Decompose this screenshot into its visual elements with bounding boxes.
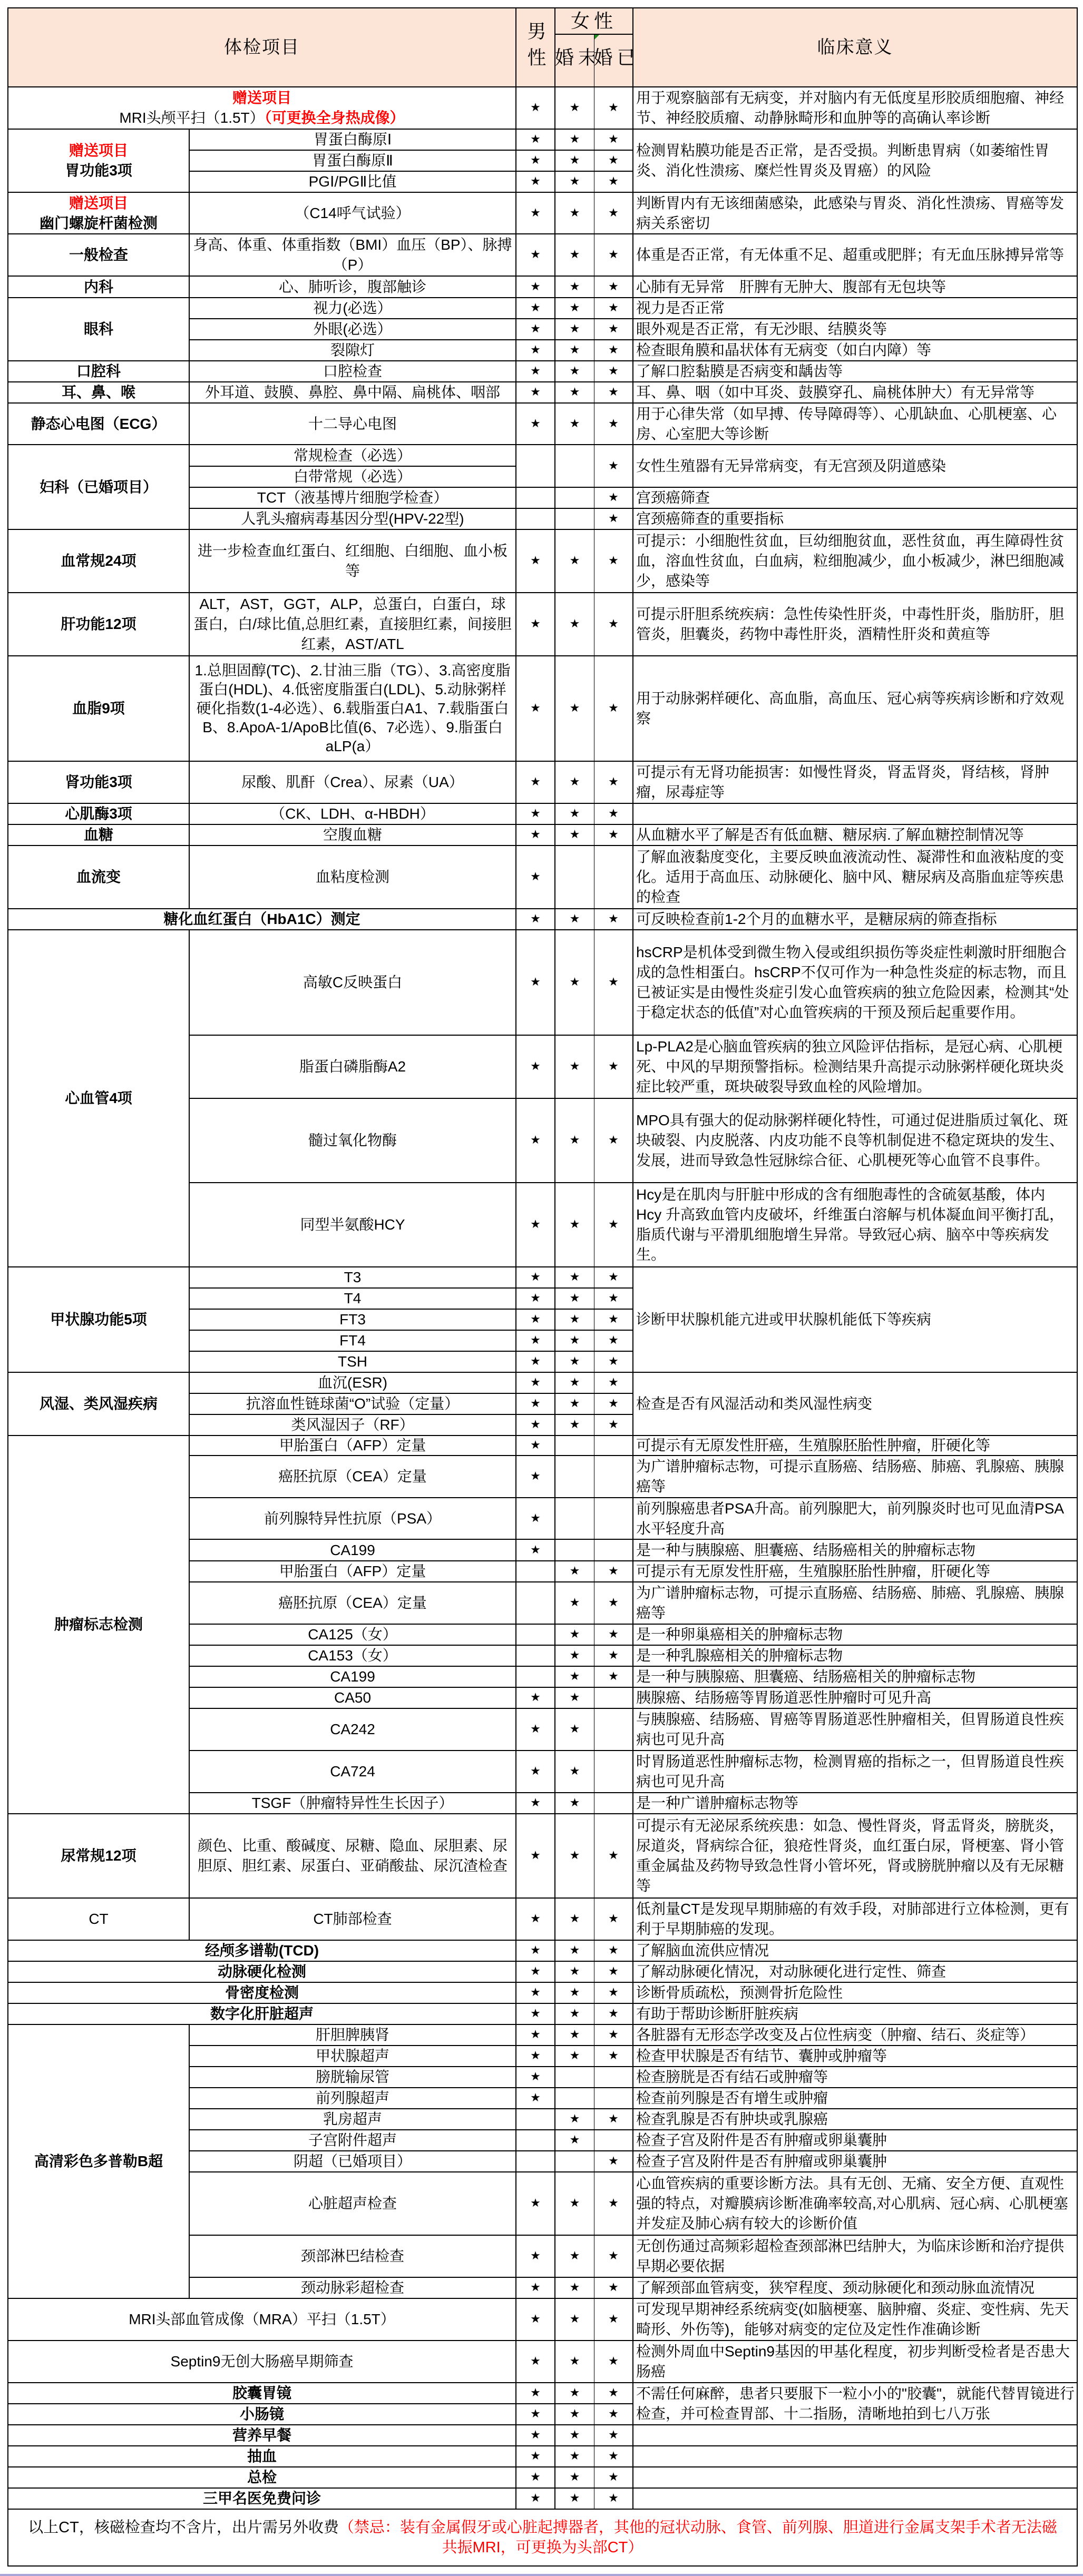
star-unmarried: ★ <box>555 2446 594 2467</box>
star-male: ★ <box>516 1289 555 1310</box>
header-unmarried: 末婚 <box>555 35 594 87</box>
star-male: ★ <box>516 404 555 445</box>
star-unmarried: ★ <box>555 151 594 172</box>
star-unmarried: ★ <box>555 1267 594 1289</box>
category-cell: 心肌酶3项 <box>8 804 190 825</box>
star-male: ★ <box>516 846 555 909</box>
star-unmarried: ★ <box>555 2046 594 2067</box>
star-unmarried: ★ <box>555 1352 594 1373</box>
star-male: ★ <box>516 1394 555 1415</box>
star-male <box>516 1582 555 1625</box>
item-cell: 前列腺特异性抗原（PSA） <box>190 1498 516 1540</box>
item-cell: Septin9无创大肠癌早期筛查 <box>8 2341 516 2383</box>
star-unmarried <box>555 2088 594 2109</box>
item-cell: 前列腺超声 <box>190 2088 516 2109</box>
star-married: ★ <box>594 1561 633 1582</box>
item-cell: 经颅多谱勒(TCD) <box>8 1941 516 1962</box>
item-cell: 类风湿因子（RF） <box>190 1415 516 1436</box>
meaning-cell: 与胰腺癌、结肠癌、胃癌等胃肠道恶性肿瘤相关，但胃肠道良性疾病也可见升高 <box>633 1709 1078 1751</box>
meaning-cell: MPO具有强大的促动脉粥样硬化特性，可通过促进脂质过氧化、斑块破裂、内皮脱落、内… <box>633 1099 1078 1183</box>
star-unmarried <box>555 846 594 909</box>
category-cell: 甲状腺功能5项 <box>8 1267 190 1373</box>
star-male: ★ <box>516 1183 555 1267</box>
category-cell: 血糖 <box>8 825 190 846</box>
category-cell: 肝功能12项 <box>8 593 190 656</box>
meaning-cell: 眼外观是否正常，有无沙眼、结膜炎等 <box>633 319 1078 340</box>
item-cell: MRI头部血管成像（MRA）平扫（1.5T） <box>8 2299 516 2341</box>
star-married: ★ <box>594 1099 633 1183</box>
star-unmarried <box>555 1498 594 1540</box>
star-male: ★ <box>516 1899 555 1941</box>
star-unmarried: ★ <box>555 2236 594 2278</box>
star-married <box>594 1751 633 1793</box>
category-cell: 肿瘤标志检测 <box>8 1436 190 1814</box>
star-unmarried: ★ <box>555 1373 594 1394</box>
item-line: MRI头颅平扫（1.5T）（可更换全身热成像） <box>12 108 512 128</box>
star-married: ★ <box>594 530 633 593</box>
category-cell: 内科 <box>8 277 190 298</box>
footer-line: 以上CT，核磁检查均不含片，出片需另外收费（禁忌：装有金属假牙或心脏起搏器者，其… <box>23 2518 1062 2558</box>
category-cell: 口腔科 <box>8 361 190 382</box>
star-unmarried: ★ <box>555 1983 594 2004</box>
star-unmarried: ★ <box>555 404 594 445</box>
item-cell: 常规检查（必选） <box>190 445 516 467</box>
star-male: ★ <box>516 1036 555 1099</box>
star-unmarried: ★ <box>555 1183 594 1267</box>
star-married <box>594 2088 633 2109</box>
category-label: 幽门螺旋杆菌检测 <box>12 213 186 233</box>
item-cell: 空腹血糖 <box>190 825 516 846</box>
item-cell: CA125（女） <box>190 1625 516 1646</box>
category-cell: 赠送项目胃功能3项 <box>8 130 190 193</box>
star-male: ★ <box>516 2383 555 2404</box>
star-married <box>594 1456 633 1498</box>
star-unmarried <box>555 1456 594 1498</box>
star-married: ★ <box>594 1941 633 1962</box>
star-married: ★ <box>594 2299 633 2341</box>
star-unmarried <box>555 2067 594 2088</box>
star-unmarried <box>555 445 594 488</box>
item-cell: 小肠镜 <box>8 2404 516 2425</box>
item-cell: 阴超（已婚项目） <box>190 2151 516 2172</box>
star-married: ★ <box>594 298 633 319</box>
category-cell: 风湿、类风湿疾病 <box>8 1373 190 1436</box>
star-male <box>516 488 555 509</box>
star-unmarried: ★ <box>555 2130 594 2151</box>
star-unmarried: ★ <box>555 87 594 130</box>
star-male: ★ <box>516 1983 555 2004</box>
star-male: ★ <box>516 656 555 762</box>
star-married: ★ <box>594 151 633 172</box>
star-married: ★ <box>594 2341 633 2383</box>
star-male: ★ <box>516 2446 555 2467</box>
category-cell: 高清彩色多普勒B超 <box>8 2025 190 2299</box>
star-married: ★ <box>594 1814 633 1899</box>
star-married: ★ <box>594 804 633 825</box>
header-married-label: 已婚 <box>594 35 633 86</box>
item-cell: 尿酸、肌酐（Crea）、尿素（UA） <box>190 762 516 804</box>
star-male: ★ <box>516 298 555 319</box>
meaning-cell <box>633 2489 1078 2510</box>
category-cell: 尿常规12项 <box>8 1814 190 1899</box>
item-cell: FT4 <box>190 1331 516 1352</box>
star-unmarried: ★ <box>555 1709 594 1751</box>
item-cell: 心脏超声检查 <box>190 2172 516 2236</box>
item-cell: PGⅠ/PGⅡ比值 <box>190 172 516 193</box>
meaning-cell: 有助于帮助诊断肝脏疾病 <box>633 2004 1078 2025</box>
star-male: ★ <box>516 1373 555 1394</box>
item-cell: 胃蛋白酶原Ⅰ <box>190 130 516 151</box>
meaning-cell: 无创伤通过高频彩超检查颈部淋巴结肿大，为临床诊断和治疗提供早期必要依据 <box>633 2236 1078 2278</box>
comment-indicator-icon <box>594 35 599 40</box>
meaning-cell: 为广谱肿瘤标志物，可提示直肠癌、结肠癌、肺癌、乳腺癌、胰腺癌等 <box>633 1582 1078 1625</box>
star-male: ★ <box>516 361 555 382</box>
star-male: ★ <box>516 1436 555 1456</box>
star-married: ★ <box>594 1415 633 1436</box>
star-married: ★ <box>594 1962 633 1983</box>
meaning-cell: 不需任何麻醉，患者只要服下一粒小小的"胶囊"，就能代替胃镜进行检查，并可检查胃部… <box>633 2383 1078 2425</box>
star-male: ★ <box>516 2088 555 2109</box>
item-cell: CA199 <box>190 1667 516 1688</box>
meaning-cell: 检查前列腺是否有增生或肿瘤 <box>633 2088 1078 2109</box>
meaning-cell: 检测胃粘膜功能是否正常，是否受损。判断患胃病（如萎缩性胃炎、消化性溃疡、糜烂性胃… <box>633 130 1078 193</box>
star-married: ★ <box>594 2236 633 2278</box>
star-male <box>516 1667 555 1688</box>
category-cell: 肾功能3项 <box>8 762 190 804</box>
header-male: 男性 <box>516 8 555 87</box>
meaning-cell: 用于观察脑部有无病变，并对脑内有无低度星形胶质细胞瘤、神经节、神经胶质瘤、动静脉… <box>633 87 1078 130</box>
star-unmarried: ★ <box>555 2383 594 2404</box>
item-cell: 1.总胆固醇(TC)、2.甘油三脂（TG）、3.高密度脂蛋白(HDL)、4.低密… <box>190 656 516 762</box>
meaning-cell: 可提示有无泌尿系统疾患：如急、慢性肾炎，肾盂肾炎，膀胱炎，尿道炎，肾病综合征，狼… <box>633 1814 1078 1899</box>
star-married: ★ <box>594 1394 633 1415</box>
meaning-cell: 了解口腔黏膜是否病变和龋齿等 <box>633 361 1078 382</box>
star-unmarried: ★ <box>555 2489 594 2510</box>
category-cell: 耳、鼻、喉 <box>8 382 190 404</box>
item-cell: ALT，AST，GGT，ALP，总蛋白，白蛋白，球蛋白，白/球比值,总胆红素，直… <box>190 593 516 656</box>
item-cell: 血粘度检测 <box>190 846 516 909</box>
star-unmarried: ★ <box>555 1331 594 1352</box>
meaning-cell: 检查是否有风湿活动和类风湿性病变 <box>633 1373 1078 1436</box>
meaning-cell: 诊断骨质疏松，预测骨折危险性 <box>633 1983 1078 2004</box>
item-cell: 肝胆脾胰肾 <box>190 2025 516 2046</box>
star-male: ★ <box>516 2046 555 2067</box>
star-married: ★ <box>594 909 633 930</box>
star-male <box>516 509 555 530</box>
star-unmarried: ★ <box>555 1415 594 1436</box>
item-cell: 进一步检查血红蛋白、红细胞、白细胞、血小板等 <box>190 530 516 593</box>
item-cell: 同型半氨酸HCY <box>190 1183 516 1267</box>
meaning-cell: 用于动脉粥样硬化、高血脂，高血压、冠心病等疾病诊断和疗效观察 <box>633 656 1078 762</box>
item-cell: （CK、LDH、α-HBDH） <box>190 804 516 825</box>
star-married: ★ <box>594 1582 633 1625</box>
star-unmarried: ★ <box>555 1646 594 1667</box>
item-cell: 颈部淋巴结检查 <box>190 2236 516 2278</box>
item-cell: 糖化血红蛋白（HbA1C）测定 <box>8 909 516 930</box>
star-male: ★ <box>516 1941 555 1962</box>
star-unmarried: ★ <box>555 2278 594 2299</box>
meaning-cell: 为广谱肿瘤标志物，可提示直肠癌、结肠癌、肺癌、乳腺癌、胰腺癌等 <box>633 1456 1078 1498</box>
item-cell: 血沉(ESR) <box>190 1373 516 1394</box>
item-cell: 甲胎蛋白（AFP）定量 <box>190 1436 516 1456</box>
item-cell: 子宫附件超声 <box>190 2130 516 2151</box>
star-male <box>516 1646 555 1667</box>
star-male <box>516 2109 555 2130</box>
star-male <box>516 1625 555 1646</box>
star-married: ★ <box>594 193 633 234</box>
category-cell: 赠送项目幽门螺旋杆菌检测 <box>8 193 190 234</box>
star-unmarried <box>555 2151 594 2172</box>
meaning-cell: 心血管疾病的重要诊断方法。具有无创、无痛、安全方便、直观性强的特点，对瓣膜病诊断… <box>633 2172 1078 2236</box>
meaning-cell: 检查子宫及附件是否有肿瘤或卵巢囊肿 <box>633 2151 1078 2172</box>
star-married <box>594 1793 633 1814</box>
star-unmarried: ★ <box>555 1582 594 1625</box>
star-male <box>516 2151 555 2172</box>
star-unmarried: ★ <box>555 277 594 298</box>
item-cell: CA724 <box>190 1751 516 1793</box>
star-unmarried: ★ <box>555 361 594 382</box>
meaning-cell: 时胃肠道恶性肿瘤标志物，检测胃癌的指标之一，但胃肠道良性疾病也可见升高 <box>633 1751 1078 1793</box>
star-unmarried: ★ <box>555 1688 594 1709</box>
star-male: ★ <box>516 593 555 656</box>
star-male: ★ <box>516 1498 555 1540</box>
star-male: ★ <box>516 2404 555 2425</box>
star-unmarried: ★ <box>555 2025 594 2046</box>
star-unmarried <box>555 1436 594 1456</box>
star-unmarried: ★ <box>555 2404 594 2425</box>
star-male: ★ <box>516 277 555 298</box>
star-unmarried: ★ <box>555 319 594 340</box>
star-male: ★ <box>516 530 555 593</box>
item-cell: T3 <box>190 1267 516 1289</box>
star-married: ★ <box>594 1289 633 1310</box>
star-unmarried: ★ <box>555 234 594 277</box>
star-married: ★ <box>594 2383 633 2404</box>
star-male: ★ <box>516 2236 555 2278</box>
meaning-cell: 了解颈部血管病变，狭窄程度、颈动脉硬化和颈动脉血流情况 <box>633 2278 1078 2299</box>
item-cell: TCT（液基博片细胞学检查） <box>190 488 516 509</box>
star-married: ★ <box>594 1036 633 1099</box>
category-cell: 血脂9项 <box>8 656 190 762</box>
star-married: ★ <box>594 593 633 656</box>
meaning-cell: 可提示有无肾功能损害：如慢性肾炎，肾盂肾炎，肾结核，肾肿瘤，尿毒症等 <box>633 762 1078 804</box>
item-cell: 颈动脉彩超检查 <box>190 2278 516 2299</box>
star-male: ★ <box>516 825 555 846</box>
gift-label: 赠送项目 <box>12 141 186 161</box>
star-unmarried: ★ <box>555 2425 594 2446</box>
category-cell: 血流变 <box>8 846 190 909</box>
category-cell: CT <box>8 1899 190 1941</box>
meaning-cell: 检测外周血中Septin9基因的甲基化程度，初步判断受检者是否患大肠癌 <box>633 2341 1078 2383</box>
item-cell: 乳房超声 <box>190 2109 516 2130</box>
meaning-cell: 女性生殖器有无异常病变，有无宫颈及阴道感染 <box>633 445 1078 488</box>
star-unmarried: ★ <box>555 382 594 404</box>
star-unmarried: ★ <box>555 172 594 193</box>
star-male: ★ <box>516 2172 555 2236</box>
star-married: ★ <box>594 2278 633 2299</box>
star-male: ★ <box>516 382 555 404</box>
header-item-label: 体检项目 <box>12 36 512 59</box>
star-male <box>516 2130 555 2151</box>
star-unmarried: ★ <box>555 2004 594 2025</box>
meaning-cell: 用于心律失常（如早搏、传导障碍等）、心肌缺血、心肌梗塞、心房、心室肥大等诊断 <box>633 404 1078 445</box>
category-cell: 一般检查 <box>8 234 190 277</box>
meaning-cell: 宫颈癌筛查 <box>633 488 1078 509</box>
meaning-cell: 检查乳腺是否有肿块或乳腺癌 <box>633 2109 1078 2130</box>
star-married: ★ <box>594 1267 633 1289</box>
meaning-cell: 可发现早期神经系统病变(如脑梗塞、脑肿瘤、炎症、变性病、先天畸形、外伤等)，能够… <box>633 2299 1078 2341</box>
meaning-cell: 体重是否正常，有无体重不足、超重或肥胖；有无血压脉搏异常等 <box>633 234 1078 277</box>
meaning-cell <box>633 2425 1078 2446</box>
header-female-label: 女性 <box>559 9 629 33</box>
star-unmarried: ★ <box>555 298 594 319</box>
item-cell: 抽血 <box>8 2446 516 2467</box>
item-cell: 营养早餐 <box>8 2425 516 2446</box>
item-cell: 脂蛋白磷脂酶A2 <box>190 1036 516 1099</box>
star-married: ★ <box>594 1667 633 1688</box>
star-married: ★ <box>594 2172 633 2236</box>
meaning-cell: 了解脑血流供应情况 <box>633 1941 1078 1962</box>
star-male <box>516 445 555 488</box>
meaning-cell: 可反映检查前1-2个月的血糖水平，是糖尿病的筛查指标 <box>633 909 1078 930</box>
meaning-cell: 是一种与胰腺癌、胆囊癌、结肠癌相关的肿瘤标志物 <box>633 1667 1078 1688</box>
item-name: MRI头颅平扫（1.5T） <box>119 110 264 126</box>
item-cell: 十二导心电图 <box>190 404 516 445</box>
meaning-cell: 检查眼角膜和晶状体有无病变（如白内障）等 <box>633 340 1078 361</box>
star-male: ★ <box>516 762 555 804</box>
item-cell: 甲状腺超声 <box>190 2046 516 2067</box>
star-married <box>594 2067 633 2088</box>
star-male: ★ <box>516 2025 555 2046</box>
star-married: ★ <box>594 340 633 361</box>
item-cell: 白带常规（必选） <box>190 467 516 488</box>
star-unmarried: ★ <box>555 340 594 361</box>
item-cell: T4 <box>190 1289 516 1310</box>
meaning-cell: hsCRP是机体受到微生物入侵或组织损伤等炎症性刺激时肝细胞合成的急性相蛋白。h… <box>633 930 1078 1036</box>
item-cell: 身高、体重、体重指数（BMI）血压（BP）、脉搏（P） <box>190 234 516 277</box>
star-unmarried: ★ <box>555 909 594 930</box>
star-married: ★ <box>594 488 633 509</box>
meaning-cell: 可提示肝胆系统疾病：急性传染性肝炎，中毒性肝炎，脂肪肝，胆管炎，胆囊炎，药物中毒… <box>633 593 1078 656</box>
checkup-table: 体检项目 男性 女性 临床意义 末婚 已婚 赠送项目MRI头颅平扫（1.5T）（… <box>7 7 1078 2567</box>
star-married: ★ <box>594 404 633 445</box>
gift-label: 赠送项目 <box>12 88 512 108</box>
star-male: ★ <box>516 1352 555 1373</box>
item-cell: 数字化肝脏超声 <box>8 2004 516 2025</box>
star-male: ★ <box>516 2278 555 2299</box>
star-unmarried: ★ <box>555 804 594 825</box>
meaning-cell: 可提示有无原发性肝癌，生殖腺胚胎性肿瘤，肝硬化等 <box>633 1561 1078 1582</box>
item-cell: TSGF（肿瘤特异性生长因子） <box>190 1793 516 1814</box>
item-note: （可更换全身热成像） <box>265 110 405 126</box>
meaning-cell: 是一种乳腺癌相关的肿瘤标志物 <box>633 1646 1078 1667</box>
item-cell: 总检 <box>8 2467 516 2489</box>
star-married: ★ <box>594 87 633 130</box>
item-cell: CA153（女） <box>190 1646 516 1667</box>
star-married: ★ <box>594 382 633 404</box>
category-cell: 血常规24项 <box>8 530 190 593</box>
meaning-cell <box>633 804 1078 825</box>
star-unmarried <box>555 1540 594 1561</box>
star-unmarried: ★ <box>555 2299 594 2341</box>
item-cell: 动脉硬化检测 <box>8 1962 516 1983</box>
star-married: ★ <box>594 930 633 1036</box>
item-cell: 人乳头瘤病毒基因分型(HPV-22型) <box>190 509 516 530</box>
star-married: ★ <box>594 2467 633 2489</box>
star-unmarried: ★ <box>555 1310 594 1331</box>
star-married: ★ <box>594 1373 633 1394</box>
category-cell: 心血管4项 <box>8 930 190 1267</box>
meaning-cell: 是一种卵巢癌相关的肿瘤标志物 <box>633 1625 1078 1646</box>
star-unmarried: ★ <box>555 2341 594 2383</box>
star-male: ★ <box>516 2341 555 2383</box>
star-male: ★ <box>516 1456 555 1498</box>
header-meaning-label: 临床意义 <box>637 36 1074 59</box>
star-married: ★ <box>594 234 633 277</box>
star-unmarried: ★ <box>555 530 594 593</box>
star-married: ★ <box>594 130 633 151</box>
star-unmarried: ★ <box>555 656 594 762</box>
star-married <box>594 1436 633 1456</box>
star-male: ★ <box>516 1099 555 1183</box>
star-married: ★ <box>594 1646 633 1667</box>
star-unmarried: ★ <box>555 1899 594 1941</box>
meaning-cell: 可提示有无原发性肝癌，生殖腺胚胎性肿瘤，肝硬化等 <box>633 1436 1078 1456</box>
star-married: ★ <box>594 1625 633 1646</box>
footer-note: 以上CT，核磁检查均不含片，出片需另外收费（禁忌：装有金属假牙或心脏起搏器者，其… <box>8 2510 1078 2567</box>
star-male: ★ <box>516 2004 555 2025</box>
item-cell: CA199 <box>190 1540 516 1561</box>
category-cell: 静态心电图（ECG） <box>8 404 190 445</box>
star-male: ★ <box>516 2489 555 2510</box>
star-male: ★ <box>516 340 555 361</box>
star-unmarried: ★ <box>555 1289 594 1310</box>
meaning-cell: 检查甲状腺是否有结节、囊肿或肿瘤等 <box>633 2046 1078 2067</box>
star-unmarried: ★ <box>555 825 594 846</box>
star-unmarried: ★ <box>555 593 594 656</box>
meaning-cell: 心肺有无异常 肝脾有无肿大、腹部有无包块等 <box>633 277 1078 298</box>
star-unmarried: ★ <box>555 1099 594 1183</box>
item-cell: 髓过氧化物酶 <box>190 1099 516 1183</box>
star-male: ★ <box>516 1709 555 1751</box>
star-male: ★ <box>516 234 555 277</box>
item-cell: CA242 <box>190 1709 516 1751</box>
star-married <box>594 846 633 909</box>
star-male: ★ <box>516 1415 555 1436</box>
star-married: ★ <box>594 509 633 530</box>
star-married: ★ <box>594 2109 633 2130</box>
meaning-cell: 是一种与胰腺癌、胆囊癌、结肠癌相关的肿瘤标志物 <box>633 1540 1078 1561</box>
star-unmarried: ★ <box>555 130 594 151</box>
header-married: 已婚 <box>594 35 633 87</box>
item-cell: 抗溶血性链球菌“O”试验（定量） <box>190 1394 516 1415</box>
star-married: ★ <box>594 762 633 804</box>
star-male: ★ <box>516 1310 555 1331</box>
star-unmarried: ★ <box>555 2109 594 2130</box>
star-male: ★ <box>516 151 555 172</box>
star-unmarried: ★ <box>555 1394 594 1415</box>
star-married: ★ <box>594 1310 633 1331</box>
category-label: 胃功能3项 <box>12 161 186 181</box>
meaning-cell: Lp-PLA2是心脑血管疾病的独立风险评估指标，是冠心病、心肌梗死、中风的早期预… <box>633 1036 1078 1099</box>
item-cell: 甲胎蛋白（AFP）定量 <box>190 1561 516 1582</box>
star-unmarried: ★ <box>555 2172 594 2236</box>
header-item: 体检项目 <box>8 8 516 87</box>
meaning-cell: 检查子宫及附件是否有肿瘤或卵巢囊肿 <box>633 2130 1078 2151</box>
item-cell: 外耳道、鼓膜、鼻腔、鼻中隔、扁桃体、咽部 <box>190 382 516 404</box>
meaning-cell: 判断胃内有无该细菌感染，此感染与胃炎、消化性溃疡、胃癌等发病关系密切 <box>633 193 1078 234</box>
star-male: ★ <box>516 2467 555 2489</box>
